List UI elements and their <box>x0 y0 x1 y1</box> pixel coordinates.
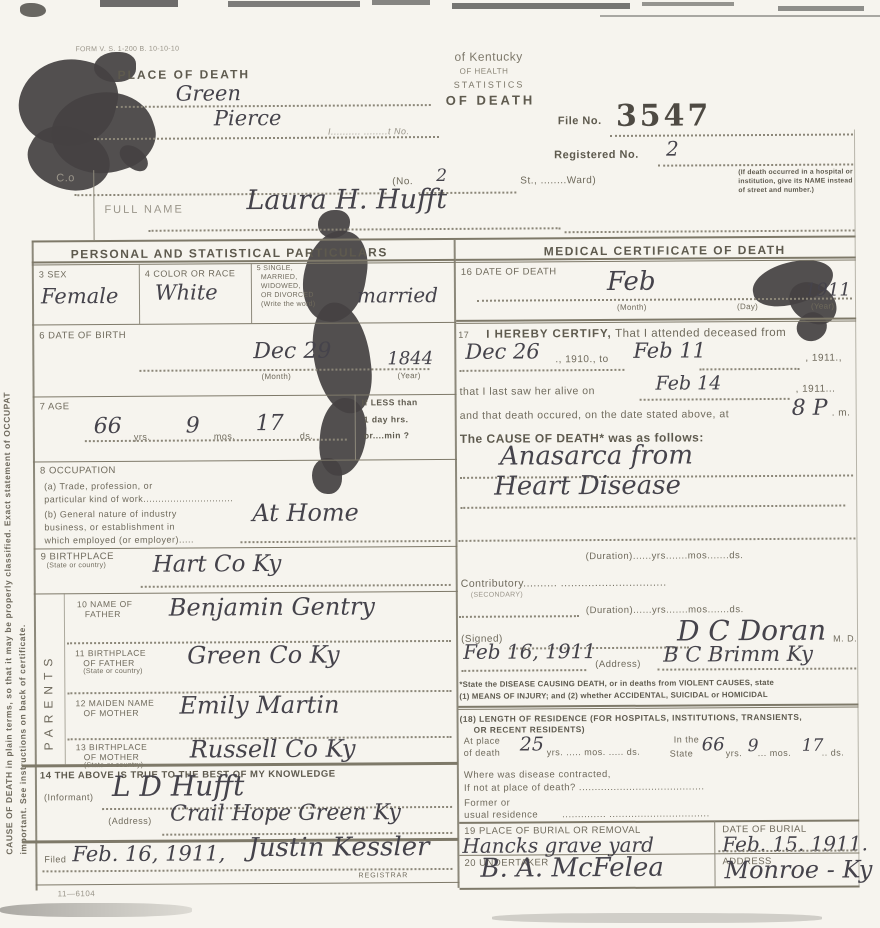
undertaker-signature: B. A. McFelea <box>480 853 664 884</box>
death-time-value: 8 P <box>792 396 828 421</box>
occupation-line-a2: particular kind of work.................… <box>44 493 233 504</box>
district-line: I.......... ........t No. <box>328 126 410 136</box>
state-days-value: 17 <box>802 736 824 756</box>
rule <box>34 546 458 550</box>
age-years-value: 66 <box>94 414 122 439</box>
file-no-label: File No. <box>558 115 602 127</box>
burial-date-value: Feb. 15. 1911. <box>722 831 868 856</box>
at-place-units: yrs. ..... mos. ..... ds. <box>547 747 641 758</box>
rule-vertical <box>139 264 140 324</box>
at-place-years-value: 25 <box>520 733 544 755</box>
father-name-label: 10 NAME OF <box>77 599 133 609</box>
dotted-line <box>141 584 451 588</box>
right-section-header: MEDICAL CERTIFICATE OF DEATH <box>544 243 786 258</box>
dotted-line <box>657 667 856 670</box>
informant-value: L D Hufft <box>112 769 245 803</box>
county-value: Green <box>176 81 241 105</box>
dotted-line <box>149 227 561 232</box>
margin-note-inner: important. See instructions on back of c… <box>17 624 28 854</box>
rule-vertical <box>251 263 252 323</box>
dob-month-value: Dec 29 <box>253 339 331 364</box>
father-birthplace-label: 11 BIRTHPLACE <box>75 648 146 658</box>
header-of-death: OF DEATH <box>446 92 536 108</box>
former-residence-label: Former or <box>464 798 510 809</box>
state-months-unit: ... mos. <box>758 748 792 758</box>
age-label: 7 AGE <box>40 401 70 412</box>
mother-birthplace-value: Russell Co Ky <box>190 735 356 764</box>
rule-vertical <box>714 820 715 886</box>
dod-month-caption: (Month) <box>617 303 647 312</box>
rule <box>460 885 860 889</box>
parents-label: PARENTS <box>41 653 56 751</box>
informant-address-value: Crail Hope Green Ky <box>170 800 401 826</box>
dod-day-caption: (Day) <box>737 302 758 311</box>
rule <box>32 235 856 242</box>
father-birthplace-label: OF FATHER <box>83 658 135 668</box>
rule-vertical <box>93 170 94 240</box>
dob-month-caption: (Month) <box>261 372 291 381</box>
form-footer-number: 11—6104 <box>58 889 96 898</box>
sex-value: Female <box>41 284 119 308</box>
undertaker-address-value: Monroe - Ky <box>724 855 872 884</box>
dotted-line <box>461 669 586 672</box>
rule-vertical <box>32 242 38 890</box>
precinct-value: Pierce <box>214 106 282 130</box>
disease-contracted-label2: If not at place of death? ..............… <box>464 781 705 793</box>
dob-year-caption: (Year) <box>397 371 420 380</box>
age-less-note: If LESS than <box>362 397 418 407</box>
occupation-label: 8 OCCUPATION <box>40 465 116 476</box>
registrar-signature: Justin Kessler <box>248 832 429 863</box>
occupation-line-a: (a) Trade, profession, or <box>44 481 153 492</box>
dod-year-caption: (Year) <box>811 302 834 311</box>
age-months-value: 9 <box>186 413 200 438</box>
registered-no-value: 2 <box>666 137 679 161</box>
occupation-line-b: (b) General nature of industry <box>44 509 177 520</box>
dotted-line <box>94 136 439 140</box>
occupation-value: At Home <box>252 498 359 527</box>
last-saw-year: , 1911... <box>796 384 836 395</box>
color-race-label: 4 COLOR OR RACE <box>145 268 236 279</box>
mother-birthplace-label: OF MOTHER <box>84 752 140 762</box>
dob-label: 6 DATE OF BIRTH <box>39 330 126 342</box>
rule <box>33 459 457 463</box>
residence-label: (18) LENGTH OF RESIDENCE (FOR HOSPITALS,… <box>460 712 803 724</box>
mother-name-value: Emily Martin <box>179 691 339 720</box>
attended-to-year: , 1911., <box>805 353 842 364</box>
rule <box>36 882 460 886</box>
scanned-death-certificate: CAUSE OF DEATH in plain terms, so that i… <box>0 0 880 928</box>
marital-label: (Write the word) <box>261 301 316 308</box>
st-ward-label: St., ........Ward) <box>520 175 596 186</box>
place-of-death-label: PLACE OF DEATH <box>118 67 251 82</box>
age-less-note: or....min ? <box>364 430 410 440</box>
attended-to-value: Feb 11 <box>633 338 706 362</box>
header-statistics: STATISTICS <box>454 79 525 89</box>
cause-line1-value: Anasarca from <box>500 440 693 471</box>
state-years-unit: yrs. <box>726 748 743 758</box>
dotted-line <box>85 439 347 443</box>
sex-label: 3 SEX <box>39 269 67 279</box>
dotted-line <box>459 615 579 618</box>
last-saw-label: that I last saw her alive on <box>460 385 595 398</box>
last-saw-value: Feb 14 <box>655 372 721 394</box>
state-days-unit: .. ds. <box>822 748 845 758</box>
color-race-value: White <box>155 280 218 304</box>
cause-duration-label: (Duration)......yrs.......mos.......ds. <box>586 550 744 562</box>
dotted-line <box>460 505 845 509</box>
attended-from-year: ., 1910., to <box>555 354 608 365</box>
footnote-line2: (1) MEANS OF INJURY; and (2) whether ACC… <box>459 690 767 701</box>
filed-label: Filed <box>44 854 66 864</box>
dotted-line <box>699 368 799 371</box>
certify-number: 17 <box>458 330 469 340</box>
mother-birthplace-label: 13 BIRTHPLACE <box>76 742 148 752</box>
header-kentucky: of Kentucky <box>454 49 522 63</box>
dotted-line <box>658 163 853 166</box>
informant-label: (Informant) <box>44 792 94 802</box>
rule-vertical <box>355 395 356 461</box>
signed-date-value: Feb 16, 1911 <box>463 639 596 664</box>
former-residence-label2: usual residence <box>464 809 538 820</box>
death-occurred-label: and that death occured, on the date stat… <box>460 408 730 422</box>
state-years-value: 66 <box>702 734 725 755</box>
form-code: FORM V. S. 1-200 B. 10-10-10 <box>75 46 179 54</box>
disease-contracted-label: Where was disease contracted, <box>464 769 611 781</box>
father-name-label: FATHER <box>85 609 121 619</box>
former-residence-dots: .............. .........................… <box>562 808 710 820</box>
dotted-line <box>477 297 852 301</box>
informant-address-label: (Address) <box>108 816 152 826</box>
hospital-note: (If death occurred in a hospital or inst… <box>738 167 856 195</box>
birthplace-value: Hart Co Ky <box>153 551 282 578</box>
dob-year-value: 1844 <box>387 348 433 369</box>
physician-address-value: B C Brimm Ky <box>663 642 813 667</box>
rule-vertical <box>854 129 860 885</box>
registered-no-label: Registered No. <box>554 149 639 162</box>
physician-md-label: M. D. <box>833 633 857 643</box>
at-place-label: At place <box>464 736 501 746</box>
date-of-death-month: Feb <box>607 267 656 297</box>
death-time-suffix: . m. <box>832 407 851 418</box>
full-name-label: FULL NAME <box>104 204 183 216</box>
father-birthplace-value: Green Co Ky <box>187 641 340 670</box>
in-the-label: In the <box>674 734 700 744</box>
header-health: OF HEALTH <box>460 67 509 76</box>
marital-label: OR DIVORCED <box>261 292 314 299</box>
contributory-label: Contributory.......... .................… <box>461 577 667 590</box>
file-no-value: 3547 <box>616 98 712 134</box>
physician-address-label: (Address) <box>595 659 641 670</box>
state-label: State <box>670 748 694 758</box>
certificate-form: CAUSE OF DEATH in plain terms, so that i… <box>0 0 880 928</box>
full-name-value: Laura H. Hufft <box>246 184 447 216</box>
birthplace-sub: (State or country) <box>47 562 107 569</box>
dotted-line <box>565 229 855 233</box>
registrar-label: REGISTRAR <box>358 872 408 879</box>
mother-name-label: 12 MAIDEN NAME <box>75 698 154 708</box>
rule-vertical <box>64 593 66 764</box>
dotted-line <box>610 133 853 136</box>
mother-name-label: OF MOTHER <box>83 708 139 718</box>
marital-label: WIDOWED, <box>261 283 301 290</box>
birthplace-label: 9 BIRTHPLACE <box>41 551 114 562</box>
rule <box>32 322 456 326</box>
marital-value: married <box>357 283 438 307</box>
occupation-line-b3: which employed (or employer)..... <box>44 535 194 546</box>
margin-note-outer: CAUSE OF DEATH in plain terms, so that i… <box>2 392 15 855</box>
dotted-line <box>459 369 624 372</box>
dotted-line <box>240 540 450 543</box>
father-name-value: Benjamin Gentry <box>169 592 375 621</box>
dotted-line <box>458 537 855 541</box>
marital-label: MARRIED, <box>261 274 298 281</box>
age-days-value: 17 <box>256 411 284 436</box>
occupation-line-b2: business, or establishment in <box>44 522 175 533</box>
dotted-line <box>640 398 790 401</box>
city-fragment: C.o <box>56 172 75 184</box>
attended-from-value: Dec 26 <box>465 339 540 363</box>
filed-date-value: Feb. 16, 1911, <box>72 841 225 866</box>
contributory-secondary-label: (SECONDARY) <box>471 591 523 598</box>
age-less-note: 1 day hrs. <box>364 414 409 424</box>
date-of-death-label: 16 DATE OF DEATH <box>461 266 557 278</box>
marital-label: 5 SINGLE, <box>257 265 293 272</box>
footnote-line1: *State the DISEASE CAUSING DEATH, or in … <box>459 678 774 689</box>
father-birthplace-sub: (State or country) <box>83 668 143 675</box>
at-place-label2: of death <box>464 748 501 758</box>
cause-line2-value: Heart Disease <box>494 471 681 502</box>
